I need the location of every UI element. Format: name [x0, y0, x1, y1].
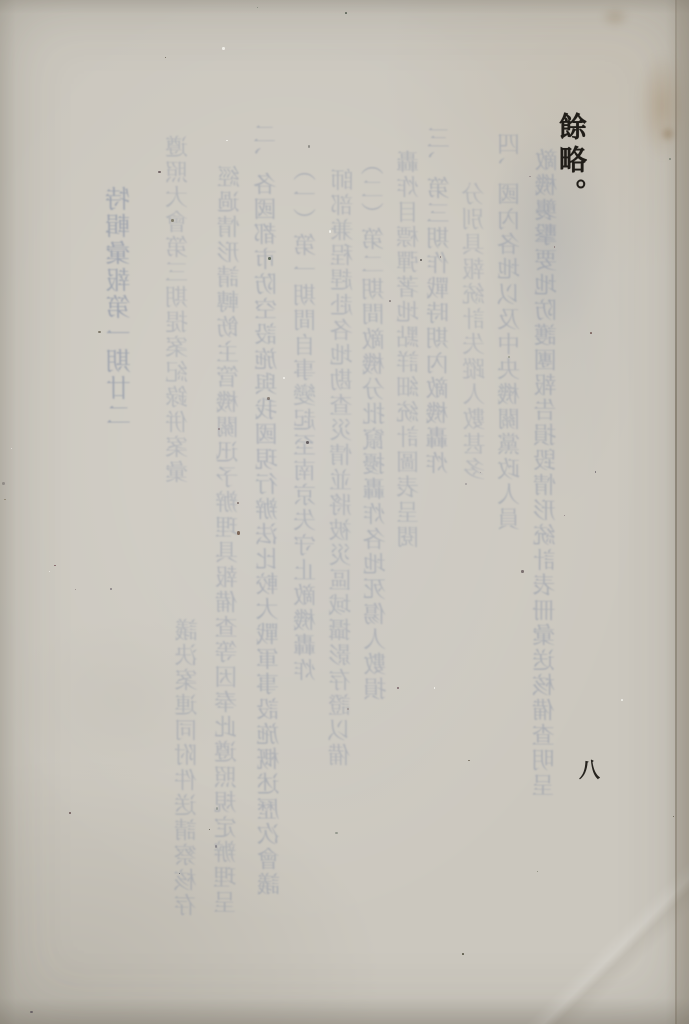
- page-heading: 餘略。: [551, 112, 591, 211]
- bleedthrough-column: （二）第二期間敵機分批竄擾轟炸各地死傷人數損: [358, 152, 394, 702]
- bleedthrough-column: 遵照大會第三期提案紀錄併案彙: [162, 135, 195, 485]
- paper-speck: [564, 515, 565, 516]
- paper-speck: [158, 171, 160, 174]
- paper-speck: [521, 570, 523, 573]
- paper-speck: [308, 145, 310, 148]
- paper-speck: [465, 483, 467, 485]
- paper-speck: [389, 300, 391, 302]
- paper-speck: [75, 589, 76, 590]
- paper-speck: [508, 356, 510, 358]
- bleedthrough-column: 三、第三期作戰時期內敵機轟炸: [422, 126, 457, 476]
- paper-speck: [237, 531, 240, 534]
- page-edge-shading: [677, 0, 689, 1024]
- scanned-document-page: 敵機襲擊要地防護團報告損毀情形統計表冊彙送核備查明呈四、國內各地以及中央機關黨政…: [0, 0, 689, 1024]
- paper-speck: [237, 502, 239, 504]
- paper-speck: [69, 812, 71, 815]
- paper-speck: [529, 176, 531, 178]
- paper-speck: [215, 845, 217, 848]
- paper-speck: [462, 953, 463, 955]
- bleedthrough-column: 轟炸目標彈著地點詳細統計圖表呈閱: [393, 150, 426, 550]
- bleedthrough-column: 經過情形請轉飭主管機關迅予辦理具報備查等因奉此遵照規定辦理呈: [210, 165, 247, 915]
- bleedthrough-column: 敵機襲擊要地防護團報告損毀情形統計表冊彙送核備查明呈: [528, 148, 564, 798]
- paper-speck: [110, 588, 112, 590]
- page-number: 八: [579, 754, 600, 784]
- paper-speck: [335, 832, 337, 834]
- paper-speck: [554, 246, 556, 247]
- paper-speck: [54, 565, 55, 566]
- paper-speck: [440, 256, 441, 258]
- paper-speck: [218, 428, 220, 430]
- paper-speck: [468, 760, 469, 761]
- bleedthrough-column: 特輯彙報第一期廿二: [101, 186, 138, 429]
- paper-speck: [179, 873, 180, 874]
- paper-speck: [98, 331, 101, 333]
- bleedthrough-column: 議決案連同附件送請察核存: [170, 618, 205, 918]
- stain: [600, 6, 630, 28]
- bleedthrough-column: 師部兼程趕赴各地勘查災情並將被災區域攝影存證以備: [324, 168, 360, 768]
- bleedthrough-column: （一）第一期間自事變起至南京失守止敵機轟炸: [290, 158, 323, 683]
- paper-speck: [267, 397, 269, 400]
- paper-speck: [669, 158, 671, 160]
- paper-speck: [30, 1011, 33, 1013]
- paper-speck: [165, 57, 166, 58]
- paper-speck: [268, 257, 271, 260]
- paper-speck: [345, 12, 347, 14]
- paper-speck: [480, 472, 482, 473]
- paper-speck: [11, 448, 12, 449]
- paper-speck: [537, 871, 538, 872]
- paper-speck: [590, 332, 592, 334]
- bleedthrough-column: 分別具報統計失蹤人數甚多: [458, 182, 493, 482]
- paper-speck: [397, 687, 399, 689]
- paper-crease: [520, 830, 689, 1024]
- paper-speck: [283, 377, 285, 379]
- paper-speck: [257, 7, 258, 8]
- paper-speck: [434, 687, 435, 689]
- paper-speck: [171, 219, 174, 223]
- paper-speck: [621, 699, 623, 701]
- paper-speck: [595, 471, 597, 472]
- bleedthrough-column: 四、國內各地以及中央機關黨政人員: [494, 132, 527, 532]
- bleedthrough-column: 二、各國都市防空設施與我國現行辦法比較大戰軍事設施概述歷次會議: [250, 122, 287, 897]
- stain: [660, 126, 676, 142]
- paper-speck: [226, 140, 228, 142]
- paper-speck: [306, 441, 309, 445]
- paper-speck: [209, 829, 210, 830]
- paper-speck: [2, 482, 5, 485]
- paper-speck: [329, 230, 331, 233]
- paper-speck: [347, 708, 349, 710]
- paper-speck: [222, 47, 225, 50]
- paper-speck: [216, 807, 219, 811]
- paper-speck: [420, 259, 422, 261]
- paper-speck: [4, 499, 5, 500]
- paper-speck: [49, 571, 50, 572]
